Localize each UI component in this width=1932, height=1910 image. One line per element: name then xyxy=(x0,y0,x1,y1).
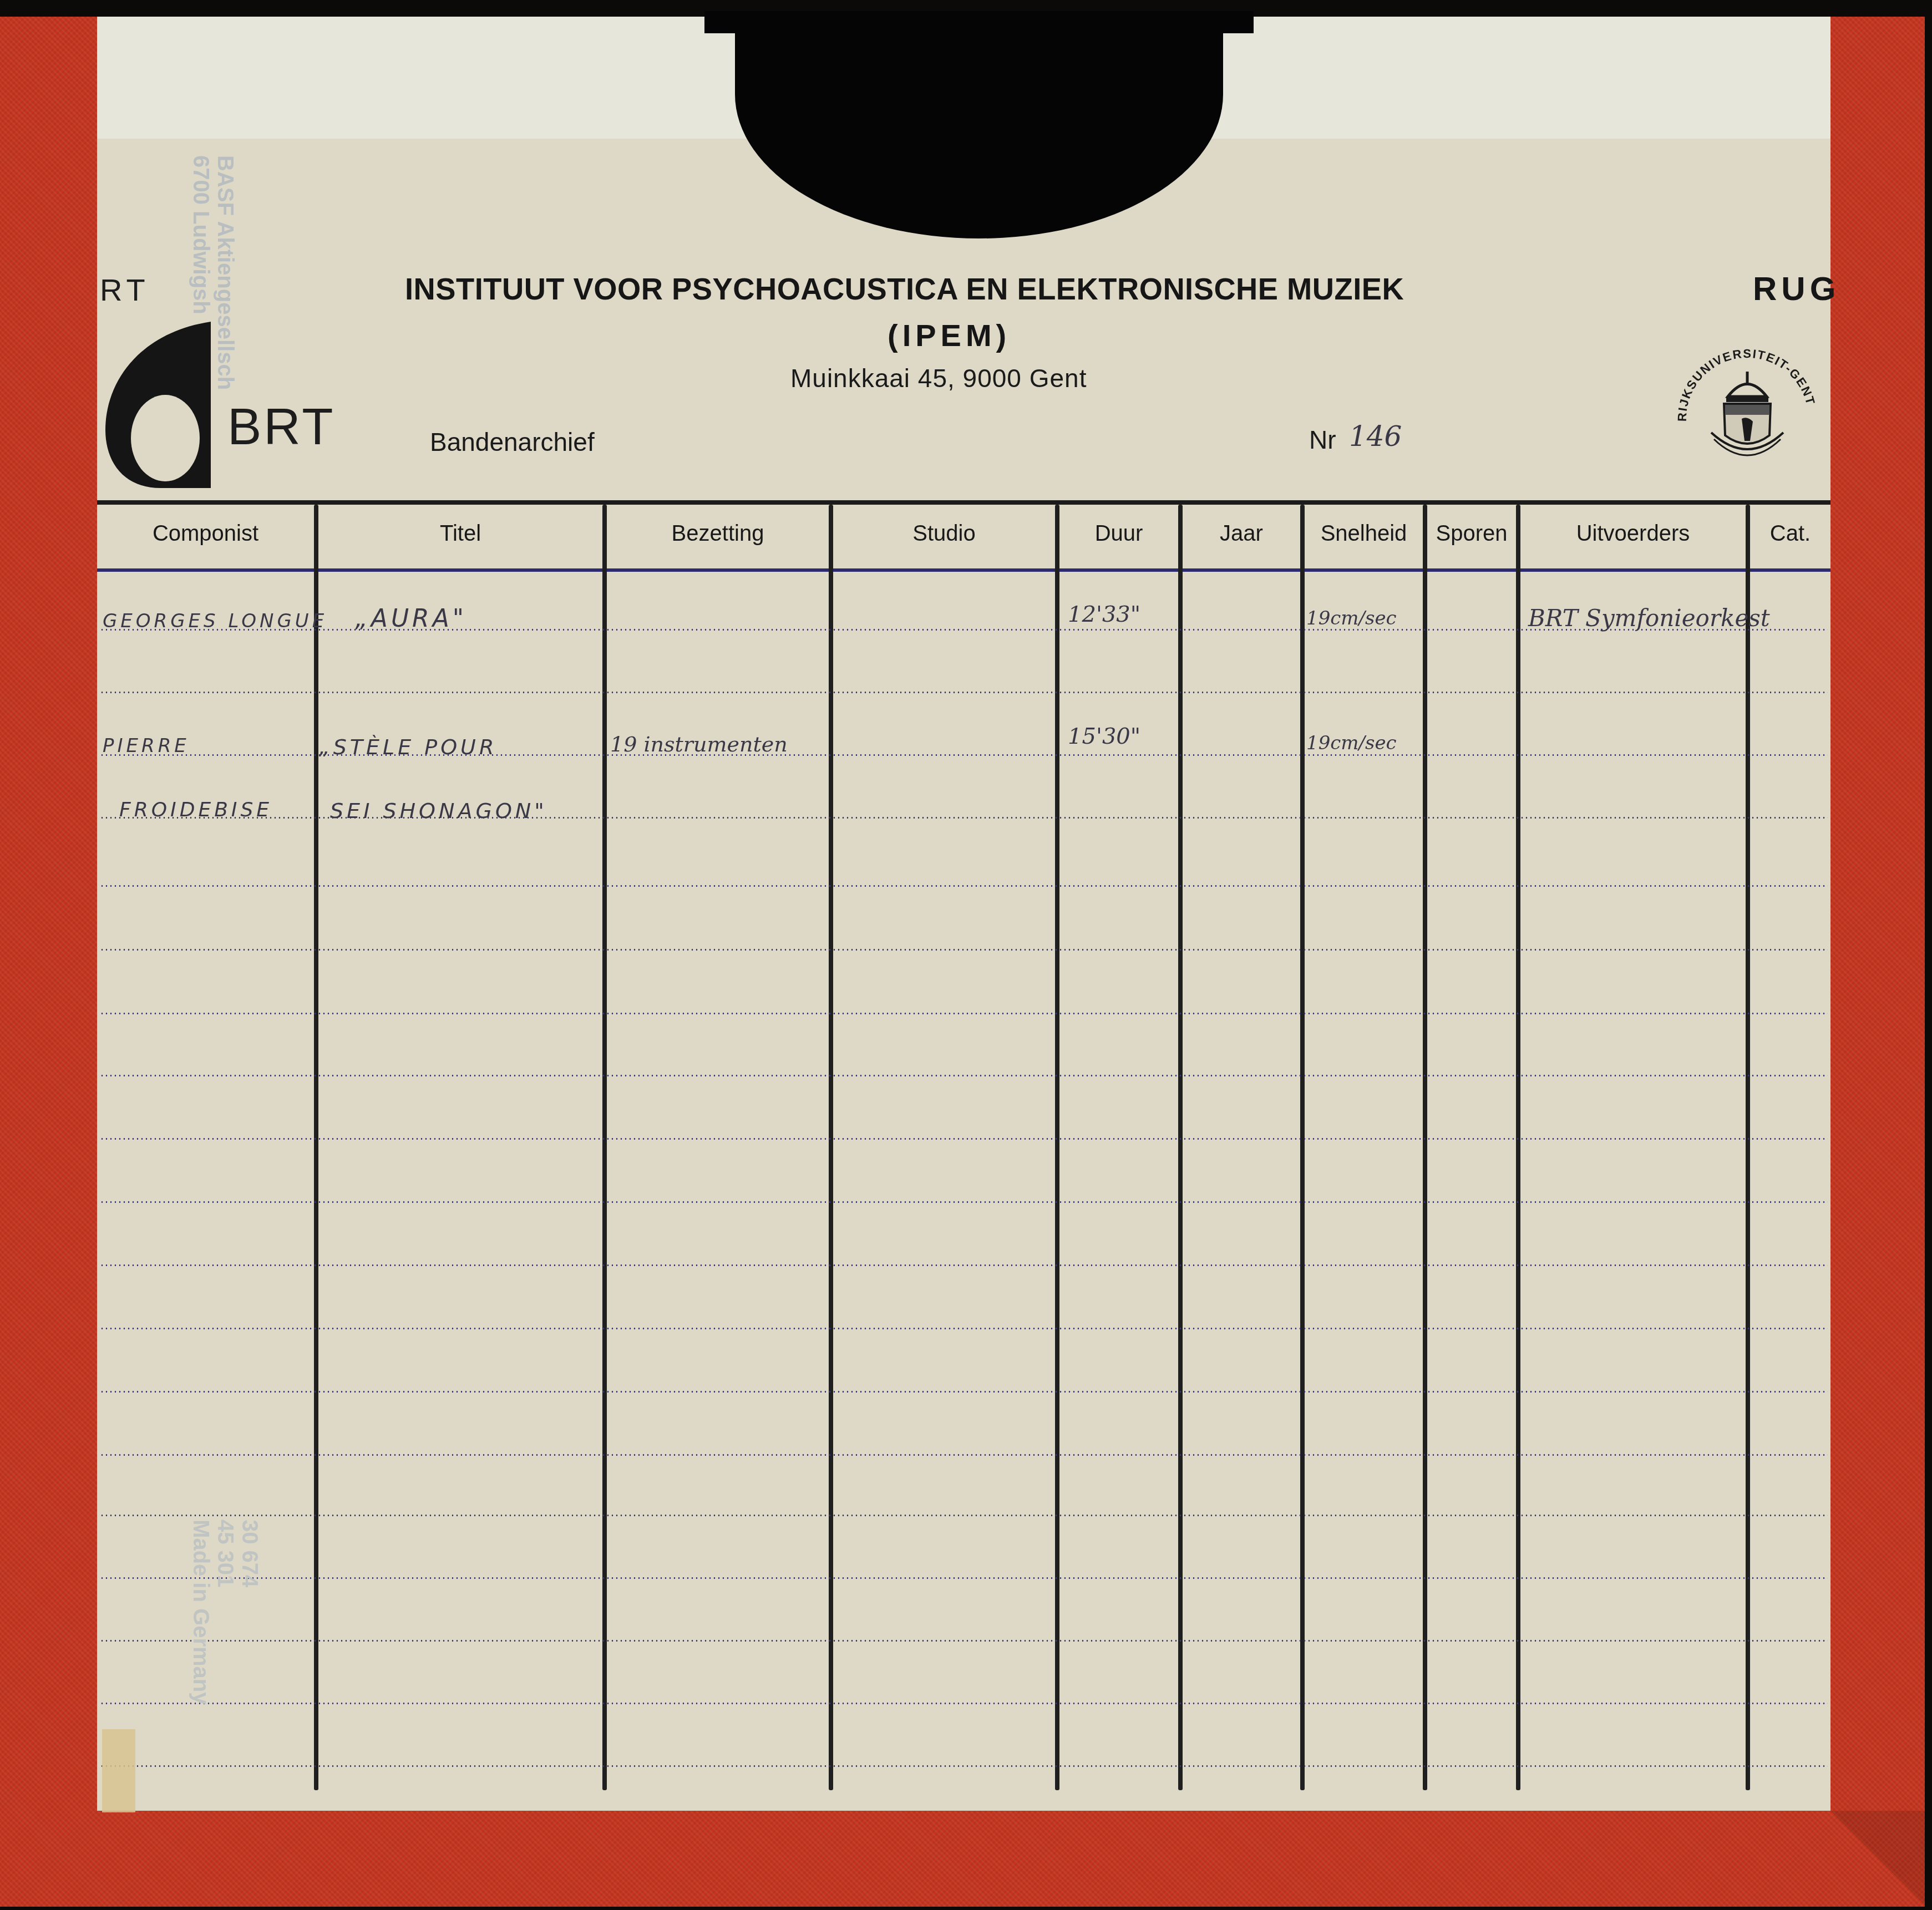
ruled-line xyxy=(100,1138,1828,1140)
row1-duur[interactable]: 12'33" xyxy=(1068,602,1140,627)
ruled-line xyxy=(100,885,1828,887)
tape-residue xyxy=(102,1729,135,1812)
column-header-uitvoerders: Uitvoerders xyxy=(1520,521,1746,546)
column-header-componist: Componist xyxy=(97,521,314,546)
ruled-line xyxy=(100,1075,1828,1076)
nr-value[interactable]: 146 xyxy=(1349,420,1402,453)
row1-componist[interactable]: GEORGES LONGUE xyxy=(103,610,327,632)
brt-logo-text: BRT xyxy=(227,398,335,456)
institute-abbreviation: (IPEM) xyxy=(888,317,1011,353)
ruled-line xyxy=(100,1640,1828,1642)
archive-label: Bandenarchief xyxy=(430,427,595,457)
cover-corner-fold xyxy=(1830,1811,1925,1905)
brt-logo-icon xyxy=(105,322,211,488)
column-divider xyxy=(1300,505,1305,1790)
header-bottom-rule xyxy=(97,568,1830,572)
institute-address: Muinkkaai 45, 9000 Gent xyxy=(790,363,1087,393)
column-divider xyxy=(1516,505,1520,1790)
column-divider xyxy=(1423,505,1427,1790)
row2-componist-line2[interactable]: FROIDEBISE xyxy=(119,799,272,821)
row1-titel[interactable]: „AURA" xyxy=(355,605,467,633)
product-watermark: 30 674 45 301 Made in Germany xyxy=(189,1520,262,1704)
ruled-line xyxy=(100,692,1828,693)
column-header-cat: Cat. xyxy=(1750,521,1830,546)
row1-uitvoerders[interactable]: BRT Symfonieorkest xyxy=(1528,605,1770,632)
nr-label: Nr xyxy=(1309,425,1336,455)
institute-title: INSTITUUT VOOR PSYCHOACUSTICA EN ELEKTRO… xyxy=(405,271,1404,307)
column-header-titel: Titel xyxy=(318,521,602,546)
ruled-line xyxy=(100,1515,1828,1516)
ruled-line xyxy=(100,1577,1828,1579)
table-top-rule xyxy=(97,500,1830,505)
column-header-studio: Studio xyxy=(833,521,1055,546)
column-divider xyxy=(1055,505,1059,1790)
basf-line-2: 6700 Ludwigsh xyxy=(189,155,213,314)
column-divider xyxy=(1178,505,1183,1790)
column-header-duur: Duur xyxy=(1059,521,1178,546)
university-seal-icon: RIJKSUNIVERSITEIT-GENT xyxy=(1664,333,1830,471)
row1-snelheid[interactable]: 19cm/sec xyxy=(1306,607,1397,629)
ruled-line xyxy=(100,1201,1828,1203)
ruled-line xyxy=(100,1703,1828,1704)
column-header-snelheid: Snelheid xyxy=(1305,521,1423,546)
row2-bezetting[interactable]: 19 instrumenten xyxy=(610,732,788,756)
ruled-line xyxy=(100,1391,1828,1393)
row2-duur[interactable]: 15'30" xyxy=(1068,724,1140,749)
ruled-line xyxy=(100,1765,1828,1767)
ruled-line xyxy=(100,1264,1828,1266)
rug-partial: RUG xyxy=(1753,270,1840,308)
column-header-jaar: Jaar xyxy=(1183,521,1300,546)
row2-snelheid[interactable]: 19cm/sec xyxy=(1306,732,1397,754)
column-header-bezetting: Bezetting xyxy=(607,521,829,546)
brt-partial-top: RT xyxy=(100,272,150,308)
product-code-1: 30 674 xyxy=(237,1520,262,1587)
column-divider xyxy=(314,505,318,1790)
column-divider xyxy=(829,505,833,1790)
column-divider xyxy=(1746,505,1750,1790)
made-in-germany: Made in Germany xyxy=(189,1520,213,1704)
ruled-line xyxy=(100,1328,1828,1329)
ruled-line xyxy=(100,1013,1828,1014)
ruled-line xyxy=(100,1454,1828,1456)
row2-titel-line2[interactable]: SEI SHONAGON" xyxy=(330,799,547,823)
row2-componist-line1[interactable]: PIERRE xyxy=(103,735,190,757)
product-code-2: 45 301 xyxy=(213,1520,237,1587)
column-header-sporen: Sporen xyxy=(1427,521,1516,546)
ruled-line xyxy=(100,949,1828,951)
column-divider xyxy=(602,505,607,1790)
row2-titel-line1[interactable]: „STÈLE POUR xyxy=(319,735,497,759)
basf-line-1: BASF Aktiengesellsch xyxy=(213,155,237,390)
